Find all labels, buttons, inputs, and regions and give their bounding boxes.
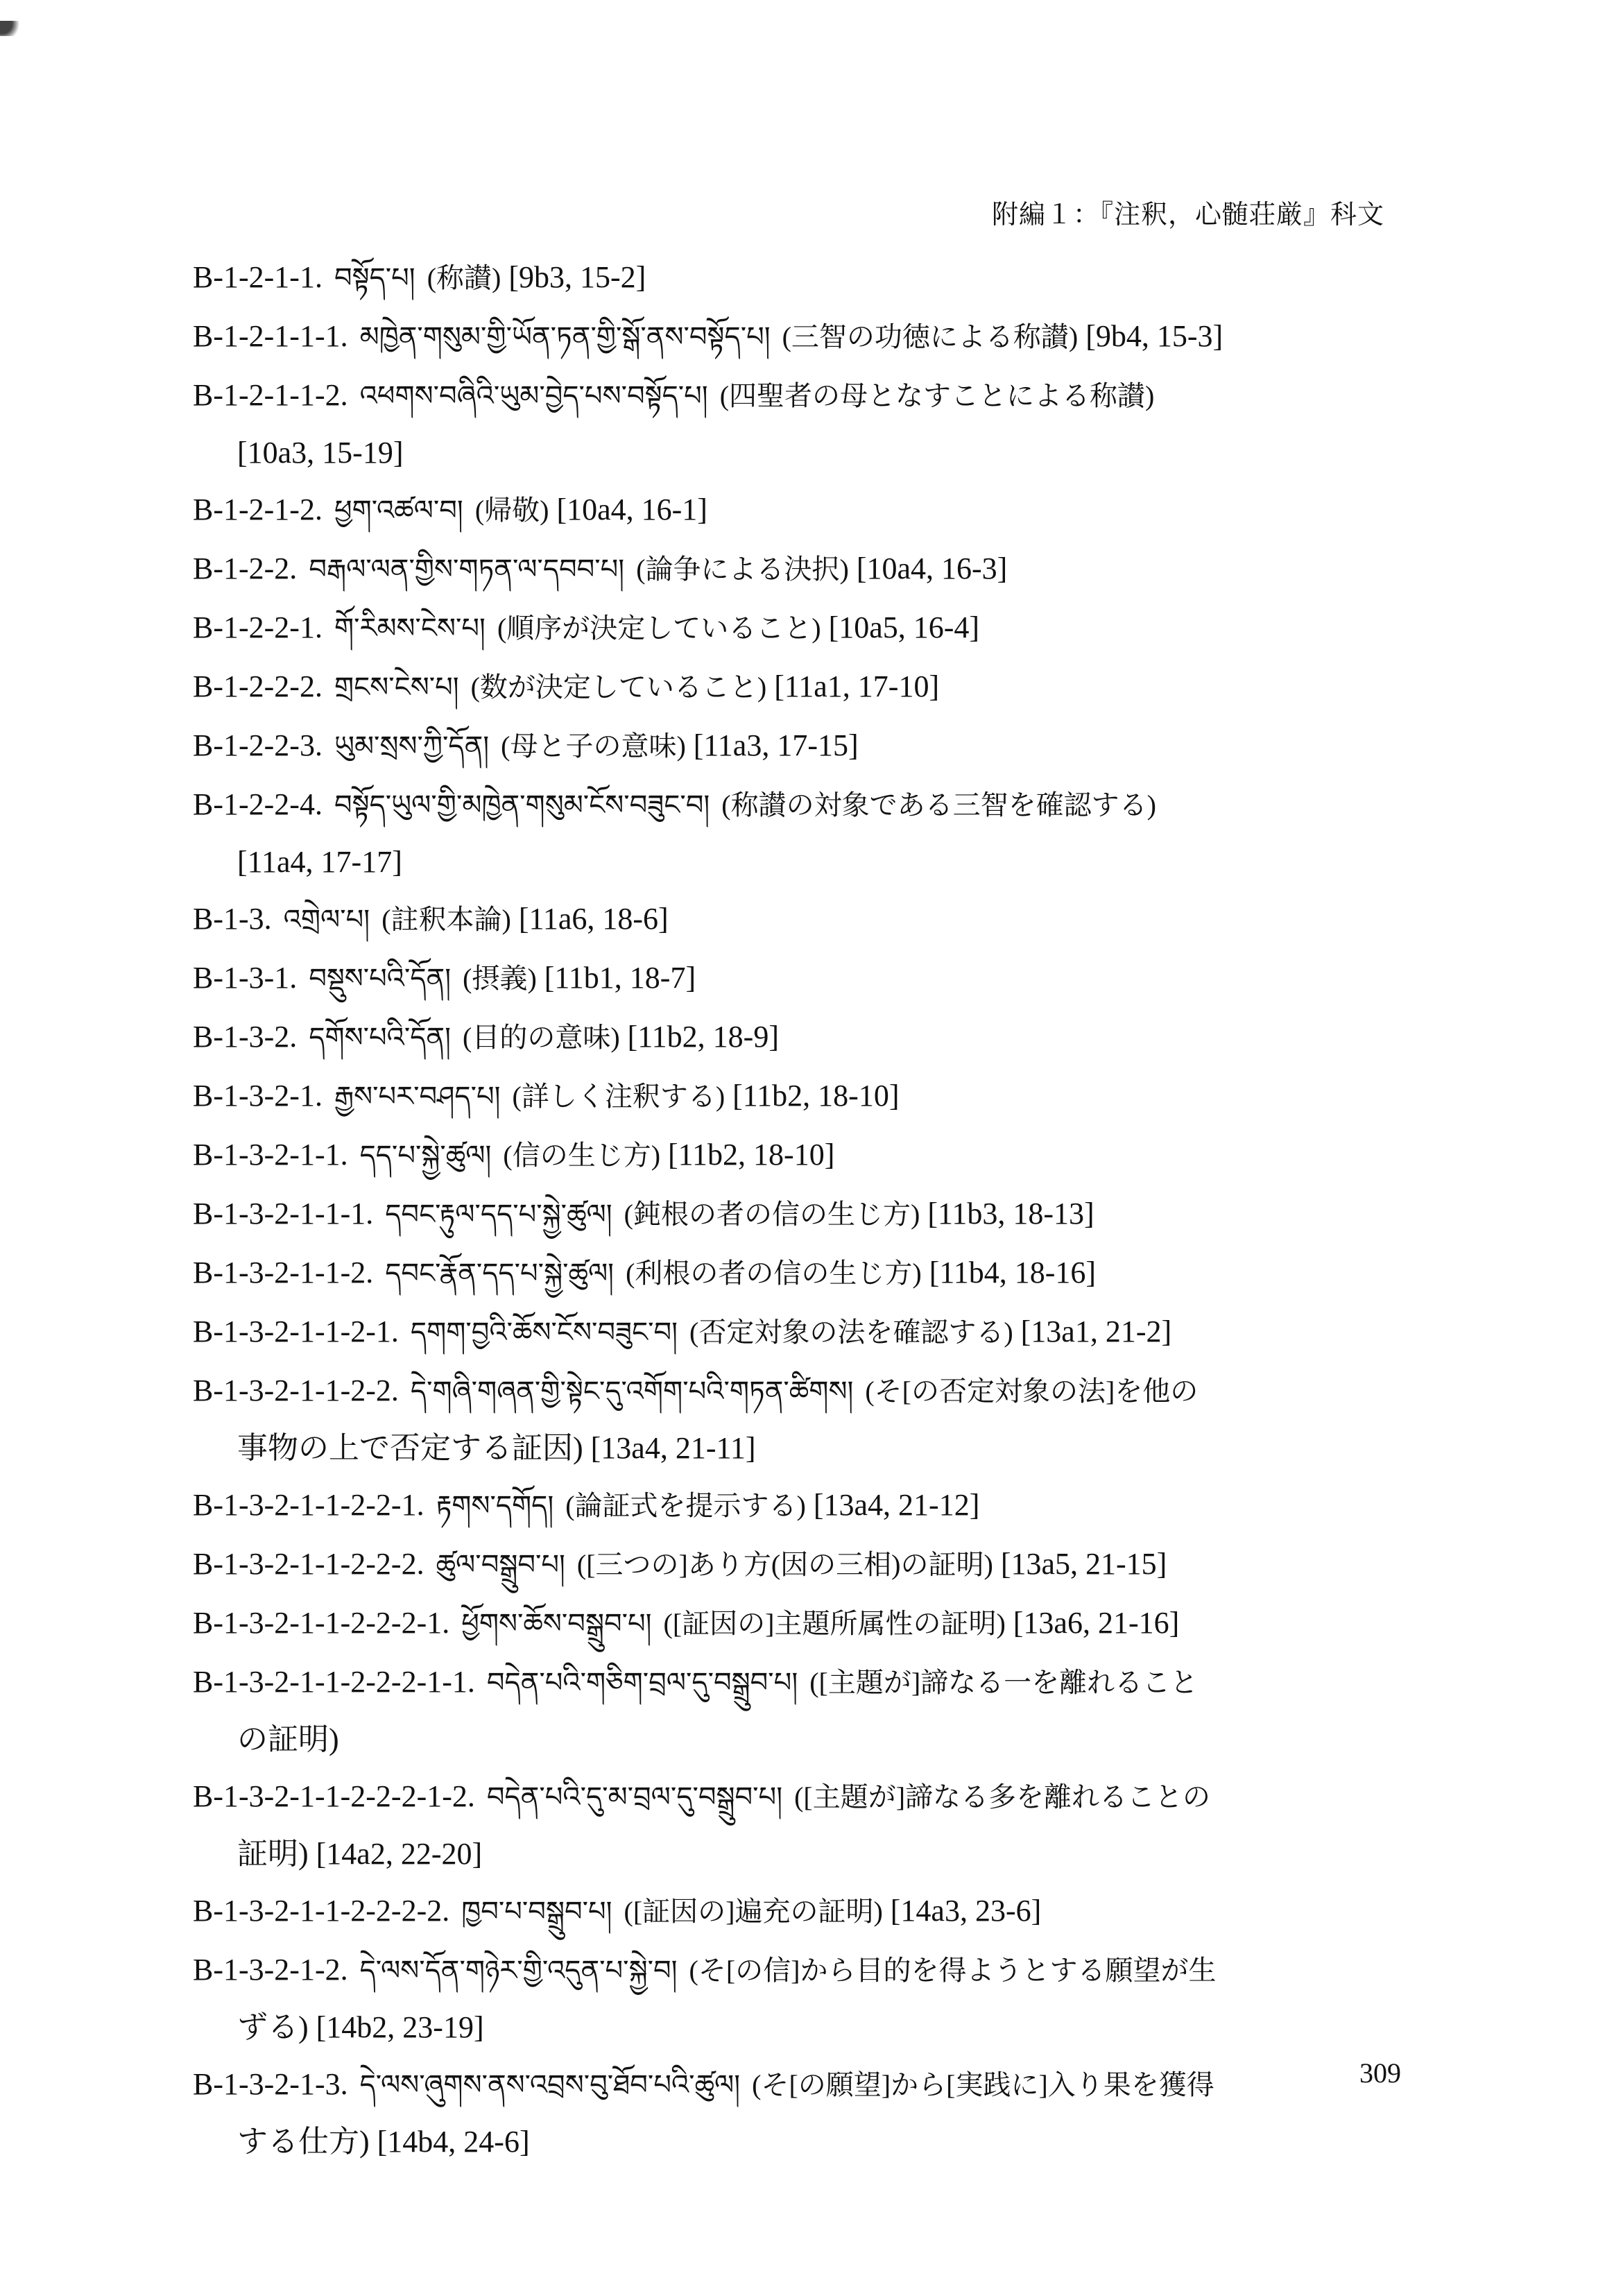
entry-code: B-1-3-2-1-1-2-2-2-2. xyxy=(193,1894,449,1928)
outline-entry: B-1-2-2-2. གྲངས་ངེས་པ། (数が決定していること) [11a… xyxy=(193,658,1427,717)
entry-continuation: ずる) [14b2, 23-19] xyxy=(193,2000,1427,2055)
outline-entry: B-1-3-2-1. རྒྱས་པར་བཤད་པ། (詳しく注釈する) [11b… xyxy=(193,1067,1427,1126)
entry-japanese-gloss: (鈍根の者の信の生じ方) xyxy=(624,1199,920,1230)
entry-reference: [13a1, 21-2] xyxy=(1021,1314,1172,1348)
entry-continuation: の証明) xyxy=(193,1712,1427,1767)
entry-tibetan-title: དེ་ལས་དོན་གཉེར་གྱི་འདུན་པ་སྐྱེ་བ། xyxy=(360,1955,678,1987)
entry-code: B-1-3-2-1-1-2-2-2-1-2. xyxy=(193,1779,475,1813)
outline-entry: B-1-3-2-1-1-2. དབང་རྣོན་དད་པ་སྐྱེ་ཚུལ། (… xyxy=(193,1244,1427,1303)
entry-reference: [9b4, 15-3] xyxy=(1085,319,1223,353)
entry-japanese-gloss: (四聖者の母となすことによる称讃) xyxy=(720,380,1155,411)
entry-continuation: 証明) [14a2, 22-20] xyxy=(193,1826,1427,1882)
entry-code: B-1-3-2-1-3. xyxy=(193,2067,348,2101)
entry-code: B-1-3-2-1-1-2. xyxy=(193,1256,373,1290)
entry-tibetan-title: འགྲེལ་པ། xyxy=(284,904,370,936)
outline-entry: B-1-3-2-1-1-2-1. དགག་བྱའི་ཆོས་ངོས་བཟུང་བ… xyxy=(193,1303,1427,1362)
entry-code: B-1-3-2. xyxy=(193,1020,297,1054)
entry-reference: [11b2, 18-10] xyxy=(732,1079,899,1113)
entry-tibetan-title: བསྡུས་པའི་དོན། xyxy=(309,963,451,995)
entry-code: B-1-2-2-3. xyxy=(193,728,323,762)
entry-tibetan-title: བསྟོད་ཡུལ་གྱི་མཁྱེན་གསུམ་ངོས་བཟུང་བ། xyxy=(334,789,710,821)
entry-tibetan-title: གོ་རིམས་ངེས་པ། xyxy=(334,612,486,644)
entry-tibetan-title: དབང་རྣོན་དད་པ་སྐྱེ་ཚུལ། xyxy=(385,1258,614,1290)
outline-entry: B-1-2-1-1-1. མཁྱེན་གསུམ་གྱི་ཡོན་ཏན་གྱི་ས… xyxy=(193,307,1427,366)
entry-tibetan-title: ཁྱབ་པ་བསྒྲུབ་པ། xyxy=(461,1896,612,1928)
entry-japanese-gloss: (論証式を提示する) xyxy=(565,1490,806,1521)
entry-reference: [11b4, 18-16] xyxy=(929,1256,1096,1290)
outline-entry: B-1-3-2-1-3. དེ་ལས་ཞུགས་ནས་འབྲས་བུ་ཐོབ་པ… xyxy=(193,2055,1427,2170)
entry-japanese-gloss: (順序が決定していること) xyxy=(497,612,821,644)
entry-tibetan-title: དགོས་པའི་དོན། xyxy=(309,1022,451,1054)
entry-code: B-1-2-1-1-1. xyxy=(193,319,348,353)
entry-japanese-gloss: (そ[の信]から目的を得ようとする願望が生 xyxy=(689,1955,1217,1986)
entry-reference: [11b2, 18-10] xyxy=(668,1138,834,1172)
outline-entry: B-1-3-2-1-1-2-2-2-2. ཁྱབ་པ་བསྒྲུབ་པ། ([証… xyxy=(193,1882,1427,1941)
outline-entry: B-1-2-2-4. བསྟོད་ཡུལ་གྱི་མཁྱེན་གསུམ་ངོས་… xyxy=(193,776,1427,890)
entry-code: B-1-3-2-1-2. xyxy=(193,1953,348,1987)
entry-code: B-1-3-2-1-1. xyxy=(193,1138,348,1172)
entry-reference: [9b3, 15-2] xyxy=(508,260,646,294)
entry-reference: [11b2, 18-9] xyxy=(628,1020,779,1054)
entry-tibetan-title: བརྒལ་ལན་གྱིས་གཏན་ལ་དབབ་པ། xyxy=(309,554,624,585)
entry-code: B-1-3-2-1-1-2-2-2-1-1. xyxy=(193,1665,475,1699)
outline-entry: B-1-3-2-1-1-2-2-2-1-1. བདེན་པའི་གཅིག་བྲལ… xyxy=(193,1653,1427,1767)
entry-reference: [10a4, 16-1] xyxy=(556,492,707,526)
outline-entry: B-1-3-2. དགོས་པའི་དོན། (目的の意味) [11b2, 18… xyxy=(193,1008,1427,1067)
entry-reference: [11a1, 17-10] xyxy=(774,669,939,703)
outline-entry: B-1-2-1-1-2. འཕགས་བཞིའི་ཡུམ་བྱེད་པས་བསྟོ… xyxy=(193,366,1427,481)
outline-entry: B-1-3-2-1-1-2-2-2. ཚུལ་བསྒྲུབ་པ། ([三つの]あ… xyxy=(193,1535,1427,1594)
entry-continuation: 事物の上で否定する証因) [13a4, 21-11] xyxy=(193,1421,1427,1476)
outline-entry: B-1-2-2-3. ཡུམ་སྲས་ཀྱི་དོན། (母と子の意味) [11… xyxy=(193,717,1427,776)
entry-japanese-gloss: ([主題が]諦なる一を離れること xyxy=(809,1667,1198,1698)
entry-japanese-gloss: ([主題が]諦なる多を離れることの xyxy=(794,1781,1210,1813)
entry-tibetan-title: མཁྱེན་གསུམ་གྱི་ཡོན་ཏན་གྱི་སྒོ་ནས་བསྟོད་པ… xyxy=(360,321,771,353)
entry-reference: [11a6, 18-6] xyxy=(519,902,669,936)
entry-reference: [13a5, 21-15] xyxy=(1001,1547,1167,1581)
running-head: 附編１：『注釈，心髄荘厳』科文 xyxy=(992,193,1384,231)
outline-entry: B-1-3-2-1-1-2-2. དེ་གཞི་གཞན་གྱི་སྟེང་དུ་… xyxy=(193,1362,1427,1476)
entry-reference: [11b3, 18-13] xyxy=(927,1197,1094,1231)
entry-japanese-gloss: (数が決定していること) xyxy=(471,671,767,703)
entry-reference: [13a4, 21-12] xyxy=(814,1488,980,1522)
page-number: 309 xyxy=(1359,2057,1401,2089)
outline-entry: B-1-2-2-1. གོ་རིམས་ངེས་པ། (順序が決定していること) … xyxy=(193,599,1427,658)
entry-japanese-gloss: (帰敬) xyxy=(475,495,549,526)
entry-code: B-1-2-2-4. xyxy=(193,787,323,821)
entry-code: B-1-2-1-2. xyxy=(193,492,323,526)
entry-reference: [10a4, 16-3] xyxy=(857,551,1008,585)
entry-tibetan-title: བདེན་པའི་གཅིག་བྲལ་དུ་བསྒྲུབ་པ། xyxy=(487,1667,798,1699)
entry-japanese-gloss: (利根の者の信の生じ方) xyxy=(626,1258,922,1289)
entry-code: B-1-3-2-1-1-2-2. xyxy=(193,1373,399,1407)
entry-tibetan-title: རྒྱས་པར་བཤད་པ། xyxy=(334,1081,501,1113)
outline-entry: B-1-3-2-1-1-1. དབང་རྟུལ་དད་པ་སྐྱེ་ཚུལ། (… xyxy=(193,1185,1427,1244)
entry-tibetan-title: ཕྱོགས་ཆོས་བསྒྲུབ་པ། xyxy=(461,1608,651,1640)
outline-entry: B-1-3-2-1-1. དད་པ་སྐྱེ་ཚུལ། (信の生じ方) [11b… xyxy=(193,1126,1427,1185)
entry-tibetan-title: དགག་བྱའི་ཆོས་ངོས་བཟུང་བ། xyxy=(411,1317,678,1348)
entry-tibetan-title: དད་པ་སྐྱེ་ཚུལ། xyxy=(360,1140,492,1172)
entry-tibetan-title: ཡུམ་སྲས་ཀྱི་དོན། xyxy=(334,730,489,762)
entry-tibetan-title: དེ་གཞི་གཞན་གྱི་སྟེང་དུ་འགོག་པའི་གཏན་ཚིགས… xyxy=(411,1376,853,1407)
entry-code: B-1-2-2. xyxy=(193,551,297,585)
entry-japanese-gloss: (称讃の対象である三智を確認する) xyxy=(721,789,1156,821)
entry-code: B-1-3-2-1-1-1. xyxy=(193,1197,373,1231)
outline-list: B-1-2-1-1. བསྟོད་པ། (称讃) [9b3, 15-2] B-1… xyxy=(193,248,1427,2170)
entry-reference: [11a3, 17-15] xyxy=(694,728,859,762)
entry-code: B-1-3-2-1. xyxy=(193,1079,323,1113)
entry-tibetan-title: རྟགས་དགོད། xyxy=(436,1490,554,1522)
entry-code: B-1-2-1-1. xyxy=(193,260,323,294)
entry-japanese-gloss: (目的の意味) xyxy=(463,1022,620,1053)
entry-code: B-1-2-2-1. xyxy=(193,610,323,644)
entry-japanese-gloss: ([三つの]あり方(因の三相)の証明) xyxy=(577,1549,993,1580)
entry-japanese-gloss: (そ[の願望]から[実践に]入り果を獲得 xyxy=(752,2069,1214,2100)
outline-entry: B-1-3-2-1-1-2-2-1. རྟགས་དགོད། (論証式を提示する)… xyxy=(193,1476,1427,1535)
scan-artifact xyxy=(0,21,24,36)
entry-japanese-gloss: (三智の功徳による称讃) xyxy=(782,321,1079,352)
outline-entry: B-1-2-2. བརྒལ་ལན་གྱིས་གཏན་ལ་དབབ་པ། (論争によ… xyxy=(193,540,1427,599)
entry-code: B-1-3. xyxy=(193,902,272,936)
entry-reference: [10a5, 16-4] xyxy=(829,610,980,644)
entry-japanese-gloss: (否定対象の法を確認する) xyxy=(689,1317,1013,1348)
entry-code: B-1-3-2-1-1-2-2-2. xyxy=(193,1547,424,1581)
entry-code: B-1-2-2-2. xyxy=(193,669,323,703)
entry-tibetan-title: ཕྱག་འཚལ་བ། xyxy=(334,495,463,526)
entry-japanese-gloss: ([証因の]遍充の証明) xyxy=(624,1896,883,1927)
entry-reference: [11b1, 18-7] xyxy=(544,961,696,995)
entry-code: B-1-3-2-1-1-2-1. xyxy=(193,1314,399,1348)
entry-japanese-gloss: (称讃) xyxy=(427,262,501,293)
entry-reference: [13a6, 21-16] xyxy=(1013,1606,1180,1640)
entry-code: B-1-2-1-1-2. xyxy=(193,378,348,412)
entry-tibetan-title: བསྟོད་པ། xyxy=(334,262,415,294)
entry-continuation: [10a3, 15-19] xyxy=(193,425,1427,481)
outline-entry: B-1-3-2-1-1-2-2-2-1-2. བདེན་པའི་དུ་མ་བྲལ… xyxy=(193,1767,1427,1882)
entry-code: B-1-3-2-1-1-2-2-1. xyxy=(193,1488,424,1522)
entry-code: B-1-3-2-1-1-2-2-2-1. xyxy=(193,1606,449,1640)
entry-japanese-gloss: (註釈本論) xyxy=(381,904,511,935)
entry-japanese-gloss: (摂義) xyxy=(463,963,537,994)
entry-tibetan-title: བདེན་པའི་དུ་མ་བྲལ་དུ་བསྒྲུབ་པ། xyxy=(487,1781,782,1813)
entry-japanese-gloss: (信の生じ方) xyxy=(503,1140,660,1171)
entry-continuation: [11a4, 17-17] xyxy=(193,834,1427,890)
outline-entry: B-1-3-1. བསྡུས་པའི་དོན། (摂義) [11b1, 18-7… xyxy=(193,949,1427,1008)
entry-tibetan-title: དེ་ལས་ཞུགས་ནས་འབྲས་བུ་ཐོབ་པའི་ཚུལ། xyxy=(360,2069,741,2101)
outline-entry: B-1-3. འགྲེལ་པ། (註釈本論) [11a6, 18-6] xyxy=(193,890,1427,949)
outline-entry: B-1-3-2-1-2. དེ་ལས་དོན་གཉེར་གྱི་འདུན་པ་ས… xyxy=(193,1941,1427,2055)
entry-reference: [14a3, 23-6] xyxy=(891,1894,1042,1928)
entry-tibetan-title: དབང་རྟུལ་དད་པ་སྐྱེ་ཚུལ། xyxy=(385,1199,612,1231)
entry-tibetan-title: གྲངས་ངེས་པ། xyxy=(334,671,459,703)
entry-japanese-gloss: (詳しく注釈する) xyxy=(513,1081,725,1112)
entry-continuation: する仕方) [14b4, 24-6] xyxy=(193,2114,1427,2170)
entry-tibetan-title: འཕགས་བཞིའི་ཡུམ་བྱེད་པས་བསྟོད་པ། xyxy=(360,380,708,412)
outline-entry: B-1-2-1-2. ཕྱག་འཚལ་བ། (帰敬) [10a4, 16-1] xyxy=(193,481,1427,540)
entry-japanese-gloss: (論争による決択) xyxy=(636,554,849,585)
entry-code: B-1-3-1. xyxy=(193,961,297,995)
outline-entry: B-1-2-1-1. བསྟོད་པ། (称讃) [9b3, 15-2] xyxy=(193,248,1427,307)
entry-tibetan-title: ཚུལ་བསྒྲུབ་པ། xyxy=(436,1549,565,1581)
entry-japanese-gloss: (母と子の意味) xyxy=(501,730,686,762)
outline-entry: B-1-3-2-1-1-2-2-2-1. ཕྱོགས་ཆོས་བསྒྲུབ་པ།… xyxy=(193,1594,1427,1653)
entry-japanese-gloss: (そ[の否定対象の法]を他の xyxy=(865,1376,1198,1407)
entry-japanese-gloss: ([証因の]主題所属性の証明) xyxy=(664,1608,1006,1639)
